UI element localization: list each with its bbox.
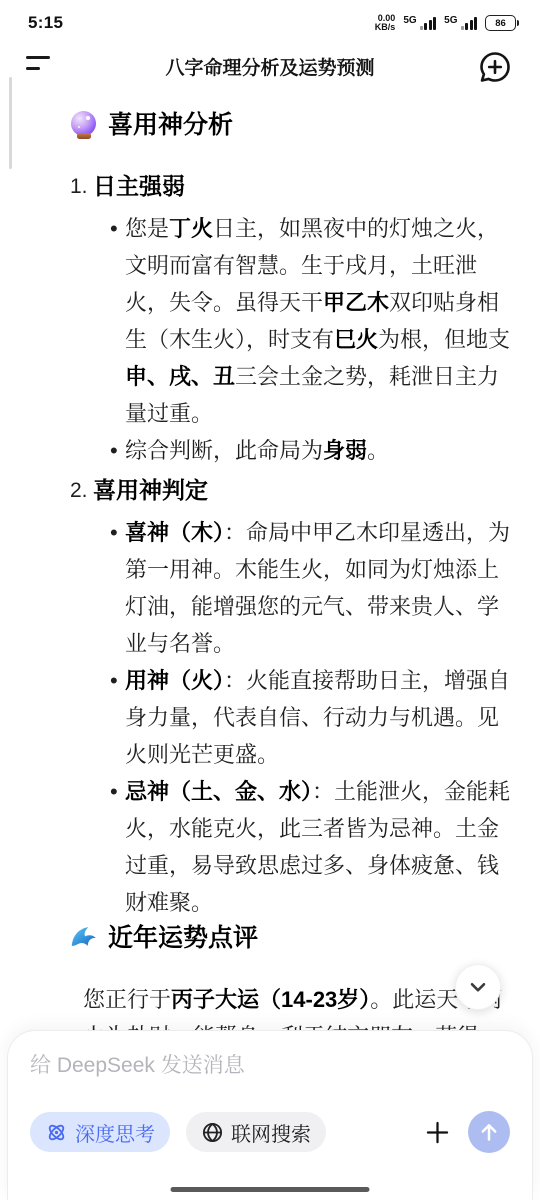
bullet-item: •忌神（土、金、水）：土能泄火，金能耗火，水能克火，此三者皆为忌神。土金过重，易… xyxy=(70,773,516,921)
edge-scroll-indicator xyxy=(9,77,12,169)
web-search-label: 联网搜索 xyxy=(231,1118,311,1147)
signal-bars-icon xyxy=(420,17,437,30)
clock: 5:15 xyxy=(28,13,63,33)
bullet-marker: • xyxy=(110,432,125,469)
signal-icon-sim1: 5G xyxy=(403,17,436,30)
composer-toolbar: 深度思考 联网搜索 xyxy=(30,1111,510,1153)
status-bar: 5:15 0.00 KB/s 5G 5G 86 xyxy=(0,0,540,40)
list-item-number: 2. xyxy=(70,472,93,509)
network-speed-unit: KB/s xyxy=(375,23,396,32)
bullet-text: 用神（火）：火能直接帮助日主，增强自身力量，代表自信、行动力与机遇。见火则光芒更… xyxy=(125,662,516,773)
bullet-item: •您是丁火日主，如黑夜中的灯烛之火，文明而富有智慧。生于戌月，土旺泄火，失令。虽… xyxy=(70,210,516,432)
scroll-to-bottom-button[interactable] xyxy=(455,964,501,1010)
battery-percent: 86 xyxy=(495,18,506,29)
signal-bars-icon xyxy=(461,17,478,30)
menu-icon[interactable] xyxy=(26,54,52,72)
sim1-network-type: 5G xyxy=(403,15,416,26)
bullet-text: 您是丁火日主，如黑夜中的灯烛之火，文明而富有智慧。生于戌月，土旺泄火，失令。虽得… xyxy=(125,210,516,432)
bullet-item: •综合判断，此命局为身弱。 xyxy=(70,432,516,469)
deep-think-label: 深度思考 xyxy=(75,1118,155,1147)
globe-icon xyxy=(201,1121,224,1144)
battery-icon: 86 xyxy=(485,15,516,31)
list-item-title: 喜用神判定 xyxy=(93,472,208,509)
ordered-list-item: 1.日主强弱 xyxy=(70,168,516,205)
message-input[interactable]: 给 DeepSeek 发送消息 xyxy=(30,1051,510,1081)
bullet-text: 忌神（土、金、水）：土能泄火，金能耗火，水能克火，此三者皆为忌神。土金过重，易导… xyxy=(125,773,516,921)
attach-plus-icon[interactable] xyxy=(422,1117,452,1147)
section-heading-text: 近年运势点评 xyxy=(108,921,258,955)
home-indicator[interactable] xyxy=(171,1187,370,1192)
bullet-marker: • xyxy=(110,773,125,921)
web-search-button[interactable]: 联网搜索 xyxy=(186,1112,326,1152)
bullet-text: 喜神（木）：命局中甲乙木印星透出，为第一用神。木能生火，如同为灯烛添上灯油，能增… xyxy=(125,514,516,662)
app-bar: 八字命理分析及运势预测 xyxy=(0,40,540,92)
chevron-down-icon xyxy=(465,974,491,1000)
message-composer: 给 DeepSeek 发送消息 深度思考 xyxy=(7,1030,533,1200)
bullet-marker: • xyxy=(110,662,125,773)
arrow-up-icon xyxy=(477,1120,501,1144)
assistant-message: 喜用神分析1.日主强弱•您是丁火日主，如黑夜中的灯烛之火，文明而富有智慧。生于戌… xyxy=(0,108,540,1055)
network-speed: 0.00 KB/s xyxy=(375,14,396,32)
sim2-network-type: 5G xyxy=(444,15,457,26)
deep-think-button[interactable]: 深度思考 xyxy=(30,1112,170,1152)
new-chat-icon[interactable] xyxy=(476,48,514,86)
section-heading: 喜用神分析 xyxy=(70,108,516,142)
send-button[interactable] xyxy=(468,1111,510,1153)
bullet-text: 综合判断，此命局为身弱。 xyxy=(125,432,516,469)
page-title: 八字命理分析及运势预测 xyxy=(0,53,540,80)
crystal-ball-icon xyxy=(70,111,98,139)
list-item-number: 1. xyxy=(70,168,93,205)
bullet-marker: • xyxy=(110,210,125,432)
atom-icon xyxy=(45,1121,68,1144)
deepseek-chat-screen: 5:15 0.00 KB/s 5G 5G 86 八字命理分析及运势预测 xyxy=(0,0,540,1200)
bullet-marker: • xyxy=(110,514,125,662)
status-icons: 0.00 KB/s 5G 5G 86 xyxy=(375,14,516,32)
list-item-title: 日主强弱 xyxy=(93,168,185,205)
ordered-list-item: 2.喜用神判定 xyxy=(70,472,516,509)
section-heading: 近年运势点评 xyxy=(70,921,516,955)
section-heading-text: 喜用神分析 xyxy=(108,108,233,142)
signal-icon-sim2: 5G xyxy=(444,17,477,30)
bullet-item: •喜神（木）：命局中甲乙木印星透出，为第一用神。木能生火，如同为灯烛添上灯油，能… xyxy=(70,514,516,662)
bullet-item: •用神（火）：火能直接帮助日主，增强自身力量，代表自信、行动力与机遇。见火则光芒… xyxy=(70,662,516,773)
wave-icon xyxy=(70,924,98,952)
